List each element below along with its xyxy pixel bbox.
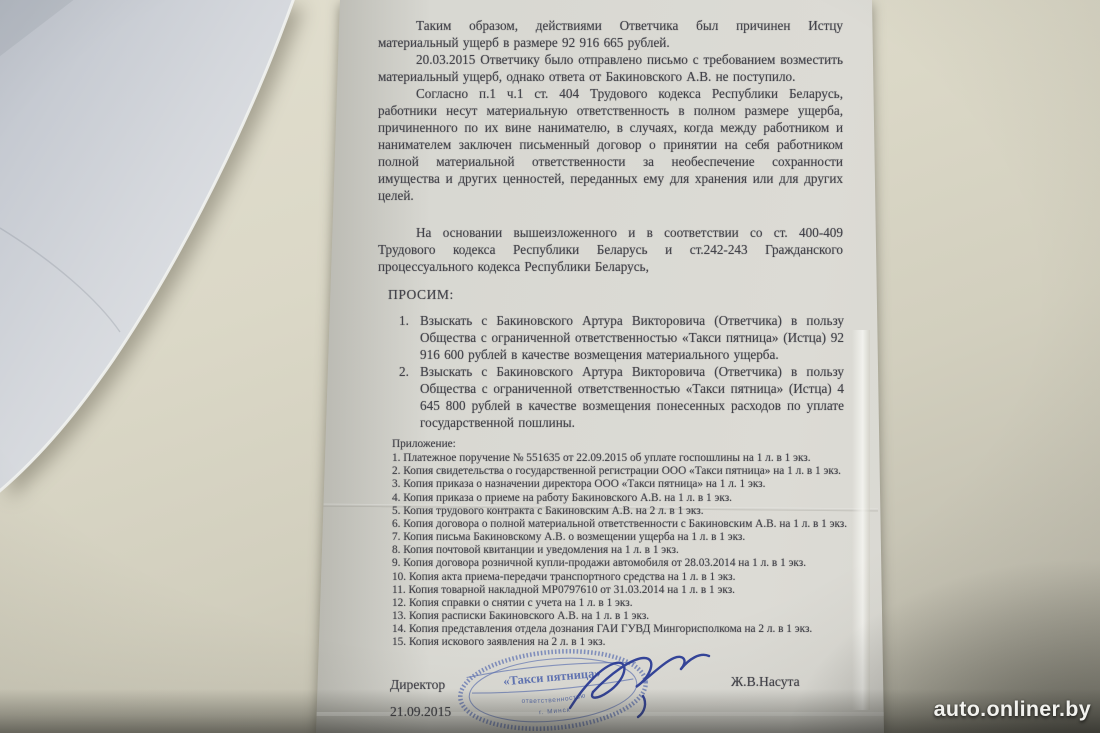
attachment-item: 4. Копия приказа о приеме на работу Баки… [392,492,860,505]
demand-item-2: 2. Взыскать с Бакиновского Артура Виктор… [397,363,844,431]
signature-stroke [570,663,624,708]
attachment-item: 9. Копия договора розничной купли-продаж… [392,557,860,570]
paragraph-labor-code: Согласно п.1 ч.1 ст. 404 Трудового кодек… [378,85,843,204]
attachment-item: 12. Копия справки о снятии с учета на 1 … [392,597,860,610]
request-heading: ПРОСИМ: [388,287,454,303]
attachment-item: 1. Платежное поручение № 551635 от 22.09… [392,452,860,465]
attachment-item: 3. Копия приказа о назначении директора … [392,478,860,491]
folded-page [0,0,370,525]
attachment-item: 14. Копия представления отдела дознания … [392,623,860,636]
paragraph-damage-total: Таким образом, действиями Ответчика был … [378,17,843,51]
attachment-item: 13. Копия расписки Бакиновского А.В. на … [392,610,860,623]
legal-basis-paragraph: На основании вышеизложенного и в соответ… [378,224,843,275]
document-date: 21.09.2015 [390,704,451,720]
attachment-item: 8. Копия почтовой квитанции и уведомлени… [392,544,860,557]
demand-item-1: 1. Взыскать с Бакиновского Артура Виктор… [397,312,844,363]
attachment-item: 6. Копия договора о полной материальной … [392,518,860,531]
attachment-item: 2. Копия свидетельства о государственной… [392,465,860,478]
demand-text: Взыскать с Бакиновского Артура Викторови… [420,313,844,362]
folded-page-body [0,0,295,495]
attachment-item: 11. Копия товарной накладной МР0797610 о… [392,584,860,597]
attachment-item: 5. Копия трудового контракта с Бакиновск… [392,505,860,518]
director-label: Директор [390,677,445,693]
demand-number: 1. [399,312,409,329]
paragraph-legal-basis: На основании вышеизложенного и в соответ… [378,224,843,275]
demand-text: Взыскать с Бакиновского Артура Викторови… [420,364,844,430]
attachments-heading: Приложение: [392,438,860,451]
paragraph-letter-sent: 20.03.2015 Ответчику было отправлено пис… [378,51,843,85]
signature-stroke [593,657,685,692]
director-signature [540,642,750,733]
attachment-item: 10. Копия акта приема-передачи транспорт… [392,571,860,584]
intro-paragraphs: Таким образом, действиями Ответчика был … [378,17,843,204]
signature-stroke [638,696,645,717]
demand-number: 2. [399,363,409,380]
demands-list: 1. Взыскать с Бакиновского Артура Виктор… [397,312,844,431]
site-watermark: auto.onliner.by [934,697,1091,722]
attachments-section: Приложение: 1. Платежное поручение № 551… [392,438,860,650]
attachment-item: 7. Копия письма Бакиновскому А.В. о возм… [392,531,860,544]
document-photo: Таким образом, действиями Ответчика был … [0,0,1100,733]
